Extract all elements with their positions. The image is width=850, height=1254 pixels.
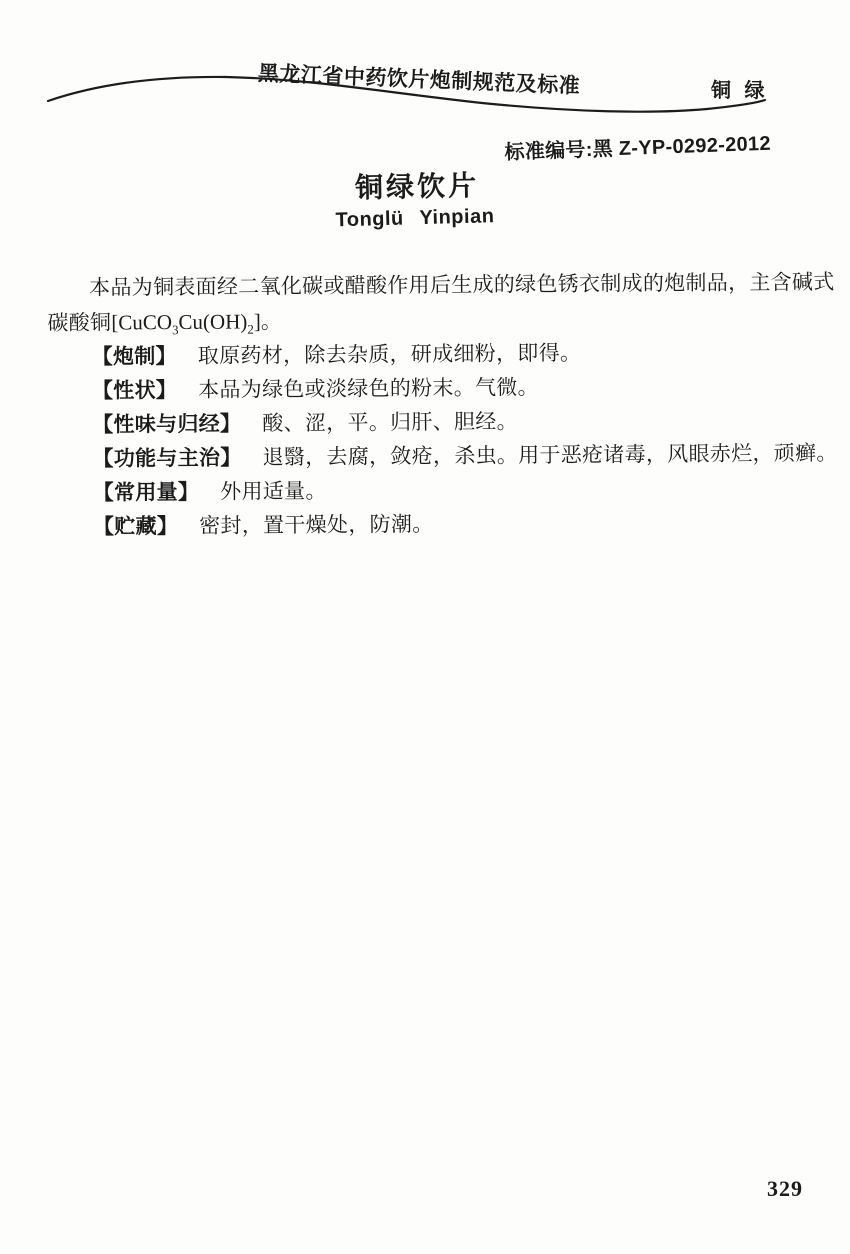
- section-zhucang-label: 【贮藏】: [93, 515, 178, 539]
- section-xingwei-guijing-text: 酸、涩，平。归肝、胆经。: [262, 410, 518, 435]
- section-paozhi-label: 【炮制】: [92, 345, 177, 369]
- section-changyongliang-text: 外用适量。: [220, 480, 327, 504]
- section-xingwei-guijing-label: 【性味与归经】: [92, 412, 241, 436]
- header-flourish-rule: [0, 70, 850, 130]
- intro-line-1: 本品为铜表面经二氧化碳或醋酸作用后生成的绿色锈衣制成的炮制品，主含碱式: [47, 266, 795, 306]
- section-zhucang: 【贮藏】密封，置干燥处，防潮。: [49, 505, 797, 545]
- section-gongneng-zhuzhi: 【功能与主治】退翳，去腐，敛疮，杀虫。用于恶疮诸毒，风眼赤烂，顽癣。: [48, 437, 796, 477]
- section-xingzhuang-text: 本品为绿色或淡绿色的粉末。气微。: [198, 376, 539, 402]
- body-text-block: 本品为铜表面经二氧化碳或醋酸作用后生成的绿色锈衣制成的炮制品，主含碱式 碳酸铜[…: [47, 266, 797, 545]
- chemical-formula: [CuCO3Cu(OH)2]。: [111, 309, 282, 334]
- section-changyongliang-label: 【常用量】: [93, 481, 200, 505]
- intro-line-2: 碳酸铜[CuCO3Cu(OH)2]。: [47, 300, 795, 341]
- page-number: 329: [767, 1176, 803, 1202]
- document-page: 黑龙江省中药饮片炮制规范及标准 铜 绿 标准编号:黑 Z-YP-0292-201…: [0, 0, 850, 1254]
- section-xingzhuang-label: 【性状】: [92, 379, 177, 403]
- section-zhucang-text: 密封，置干燥处，防潮。: [199, 513, 433, 538]
- intro-line2-prefix: 碳酸铜: [47, 311, 111, 335]
- section-paozhi-text: 取原药材，除去杂质，研成细粉，即得。: [198, 342, 582, 368]
- section-gongneng-zhuzhi-text: 退翳，去腐，敛疮，杀虫。用于恶疮诸毒，风眼赤烂，顽癣。: [262, 442, 837, 470]
- section-gongneng-zhuzhi-label: 【功能与主治】: [92, 446, 241, 470]
